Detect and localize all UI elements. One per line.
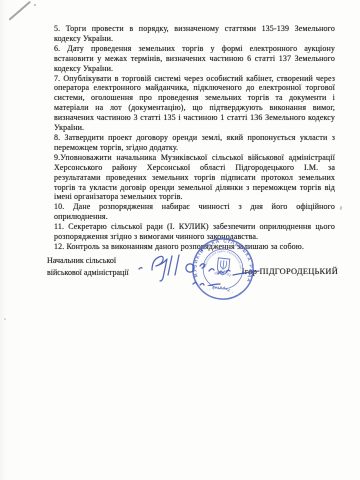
- stamp-inner-text-holder: Херсонський район Херсонської обл.: [203, 247, 245, 271]
- stamp-country-holder: · Україна ·: [207, 284, 235, 295]
- scanned-document-page: 5. Торги провести в порядку, визначеному…: [0, 0, 360, 480]
- document-paragraph-5: 5. Торги провести в порядку, визначеному…: [54, 24, 335, 44]
- document-body: 5. Торги провести в порядку, визначеному…: [54, 24, 335, 252]
- document-paragraph-10: 10. Дане розпорядження набирає чинності …: [54, 202, 335, 222]
- stamp-code-holder: 25247085: [213, 269, 233, 278]
- document-paragraph-9: 9.Уповноважити начальника Музиківської с…: [54, 153, 335, 203]
- scan-artifact-tick: [340, 206, 342, 210]
- scan-artifact-speck: [4, 318, 6, 320]
- document-paragraph-6: 6. Дату проведення земельних торгів у фо…: [54, 44, 335, 74]
- stamp-country-text: · Україна ·: [207, 284, 235, 295]
- document-paragraph-7: 7. Опублікувати в торговій системі через…: [54, 74, 335, 133]
- stamp-district-text: Херсонський район Херсонської обл.: [203, 247, 245, 271]
- document-paragraph-8: 8. Затвердити проект договору оренди зем…: [54, 133, 335, 153]
- scan-artifact-pen-line: [9, 1, 31, 21]
- scan-artifact-dot: [34, 4, 36, 6]
- stamp-ring-text-holder: МУЗИКІВСЬКА СІЛЬСЬКА РАДА: [191, 235, 256, 284]
- stamp-ring-text: МУЗИКІВСЬКА СІЛЬСЬКА РАДА: [191, 235, 256, 284]
- stamp-edrpou-code: 25247085: [213, 269, 233, 278]
- official-round-stamp: МУЗИКІВСЬКА СІЛЬСЬКА РАДА Херсонський ра…: [188, 234, 258, 304]
